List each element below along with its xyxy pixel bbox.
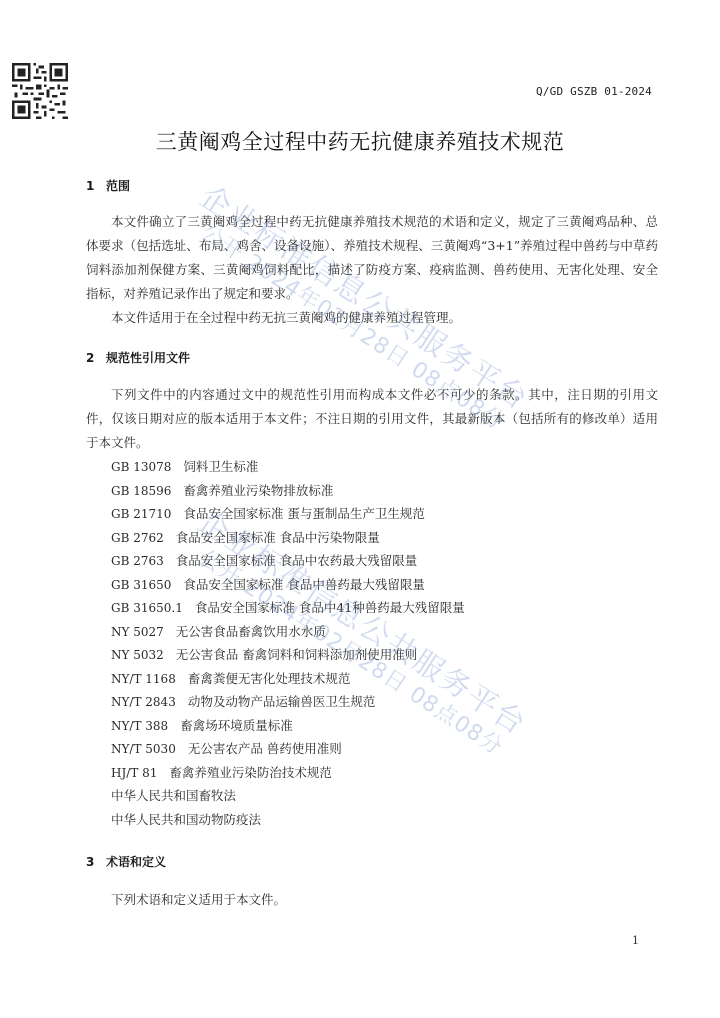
document-page: Q/GD GSZB 01-2024 三黄阉鸡全过程中药无抗健康养殖技术规范 1范… (0, 0, 720, 1018)
reference-name: 畜禽粪便无害化处理技术规范 (188, 671, 351, 686)
reference-code: GB 2762 (111, 531, 164, 545)
reference-item-law: 中华人民共和国动物防疫法 (111, 808, 465, 832)
reference-name: 动物及动物产品运输兽医卫生规范 (188, 694, 376, 709)
reference-item: GB 21710食品安全国家标准 蛋与蛋制品生产卫生规范 (111, 502, 465, 526)
reference-item: NY/T 1168畜禽粪便无害化处理技术规范 (111, 667, 465, 691)
reference-name: 无公害农产品 兽药使用准则 (188, 741, 342, 756)
reference-item: GB 18596畜禽养殖业污染物排放标准 (111, 479, 465, 503)
reference-item: NY/T 388畜禽场环境质量标准 (111, 714, 465, 738)
reference-name: 食品安全国家标准 食品中污染物限量 (176, 530, 380, 545)
reference-item: NY/T 5030无公害农产品 兽药使用准则 (111, 737, 465, 761)
document-title: 三黄阉鸡全过程中药无抗健康养殖技术规范 (0, 126, 720, 156)
section-title: 规范性引用文件 (106, 351, 190, 365)
reference-code: NY/T 5030 (111, 742, 176, 756)
reference-item: GB 31650.1食品安全国家标准 食品中41种兽药最大残留限量 (111, 596, 465, 620)
page-number: 1 (632, 934, 639, 947)
reference-name: 中华人民共和国畜牧法 (111, 788, 236, 803)
reference-item: GB 31650食品安全国家标准 食品中兽药最大残留限量 (111, 573, 465, 597)
reference-item: NY/T 2843动物及动物产品运输兽医卫生规范 (111, 690, 465, 714)
reference-name: 畜禽场环境质量标准 (180, 718, 293, 733)
standard-code: Q/GD GSZB 01-2024 (536, 85, 652, 98)
reference-code: NY/T 388 (111, 719, 168, 733)
scope-paragraph-2: 本文件适用于在全过程中药无抗三黄阉鸡的健康养殖过程管理。 (86, 306, 658, 330)
scope-paragraph-1: 本文件确立了三黄阉鸡全过程中药无抗健康养殖技术规范的术语和定义，规定了三黄阉鸡品… (86, 210, 658, 306)
section-title: 范围 (106, 179, 130, 193)
reference-code: GB 31650 (111, 578, 171, 592)
reference-name: 无公害食品畜禽饮用水水质 (176, 624, 326, 639)
reference-item-law: 中华人民共和国畜牧法 (111, 784, 465, 808)
reference-name: 中华人民共和国动物防疫法 (111, 812, 261, 827)
qr-code-icon (12, 63, 68, 119)
section-title: 术语和定义 (106, 855, 166, 869)
reference-item: GB 2762食品安全国家标准 食品中污染物限量 (111, 526, 465, 550)
reference-name: 畜禽养殖业污染防治技术规范 (169, 765, 332, 780)
reference-code: NY/T 2843 (111, 695, 176, 709)
reference-name: 食品安全国家标准 食品中41种兽药最大残留限量 (195, 600, 465, 615)
reference-name: 食品安全国家标准 蛋与蛋制品生产卫生规范 (183, 506, 424, 521)
reference-code: GB 31650.1 (111, 601, 183, 615)
reference-name: 食品安全国家标准 食品中农药最大残留限量 (176, 553, 417, 568)
references-intro-paragraph: 下列文件中的内容通过文中的规范性引用而构成本文件必不可少的条款。其中，注日期的引… (86, 383, 658, 455)
reference-item: GB 2763食品安全国家标准 食品中农药最大残留限量 (111, 549, 465, 573)
reference-item: GB 13078饲料卫生标准 (111, 455, 465, 479)
reference-code: NY 5032 (111, 648, 164, 662)
reference-item: NY 5027无公害食品畜禽饮用水水质 (111, 620, 465, 644)
section-number: 2 (86, 351, 106, 365)
reference-code: GB 18596 (111, 484, 171, 498)
reference-name: 畜禽养殖业污染物排放标准 (183, 483, 333, 498)
reference-name: 无公害食品 畜禽饲料和饲料添加剂使用准则 (176, 647, 417, 662)
reference-code: GB 2763 (111, 554, 164, 568)
reference-item: HJ/T 81畜禽养殖业污染防治技术规范 (111, 761, 465, 785)
reference-code: HJ/T 81 (111, 766, 157, 780)
section-heading-normative-references: 2规范性引用文件 (86, 349, 190, 366)
reference-code: NY/T 1168 (111, 672, 176, 686)
reference-name: 食品安全国家标准 食品中兽药最大残留限量 (183, 577, 424, 592)
reference-list: GB 13078饲料卫生标准 GB 18596畜禽养殖业污染物排放标准 GB 2… (111, 455, 465, 831)
section-heading-scope: 1范围 (86, 177, 130, 194)
reference-name: 饲料卫生标准 (183, 459, 258, 474)
section-number: 3 (86, 855, 106, 869)
reference-code: GB 21710 (111, 507, 171, 521)
terms-intro-paragraph: 下列术语和定义适用于本文件。 (86, 888, 658, 912)
section-number: 1 (86, 179, 106, 193)
reference-code: NY 5027 (111, 625, 164, 639)
reference-item: NY 5032无公害食品 畜禽饲料和饲料添加剂使用准则 (111, 643, 465, 667)
reference-code: GB 13078 (111, 460, 171, 474)
section-heading-terms: 3术语和定义 (86, 853, 166, 870)
